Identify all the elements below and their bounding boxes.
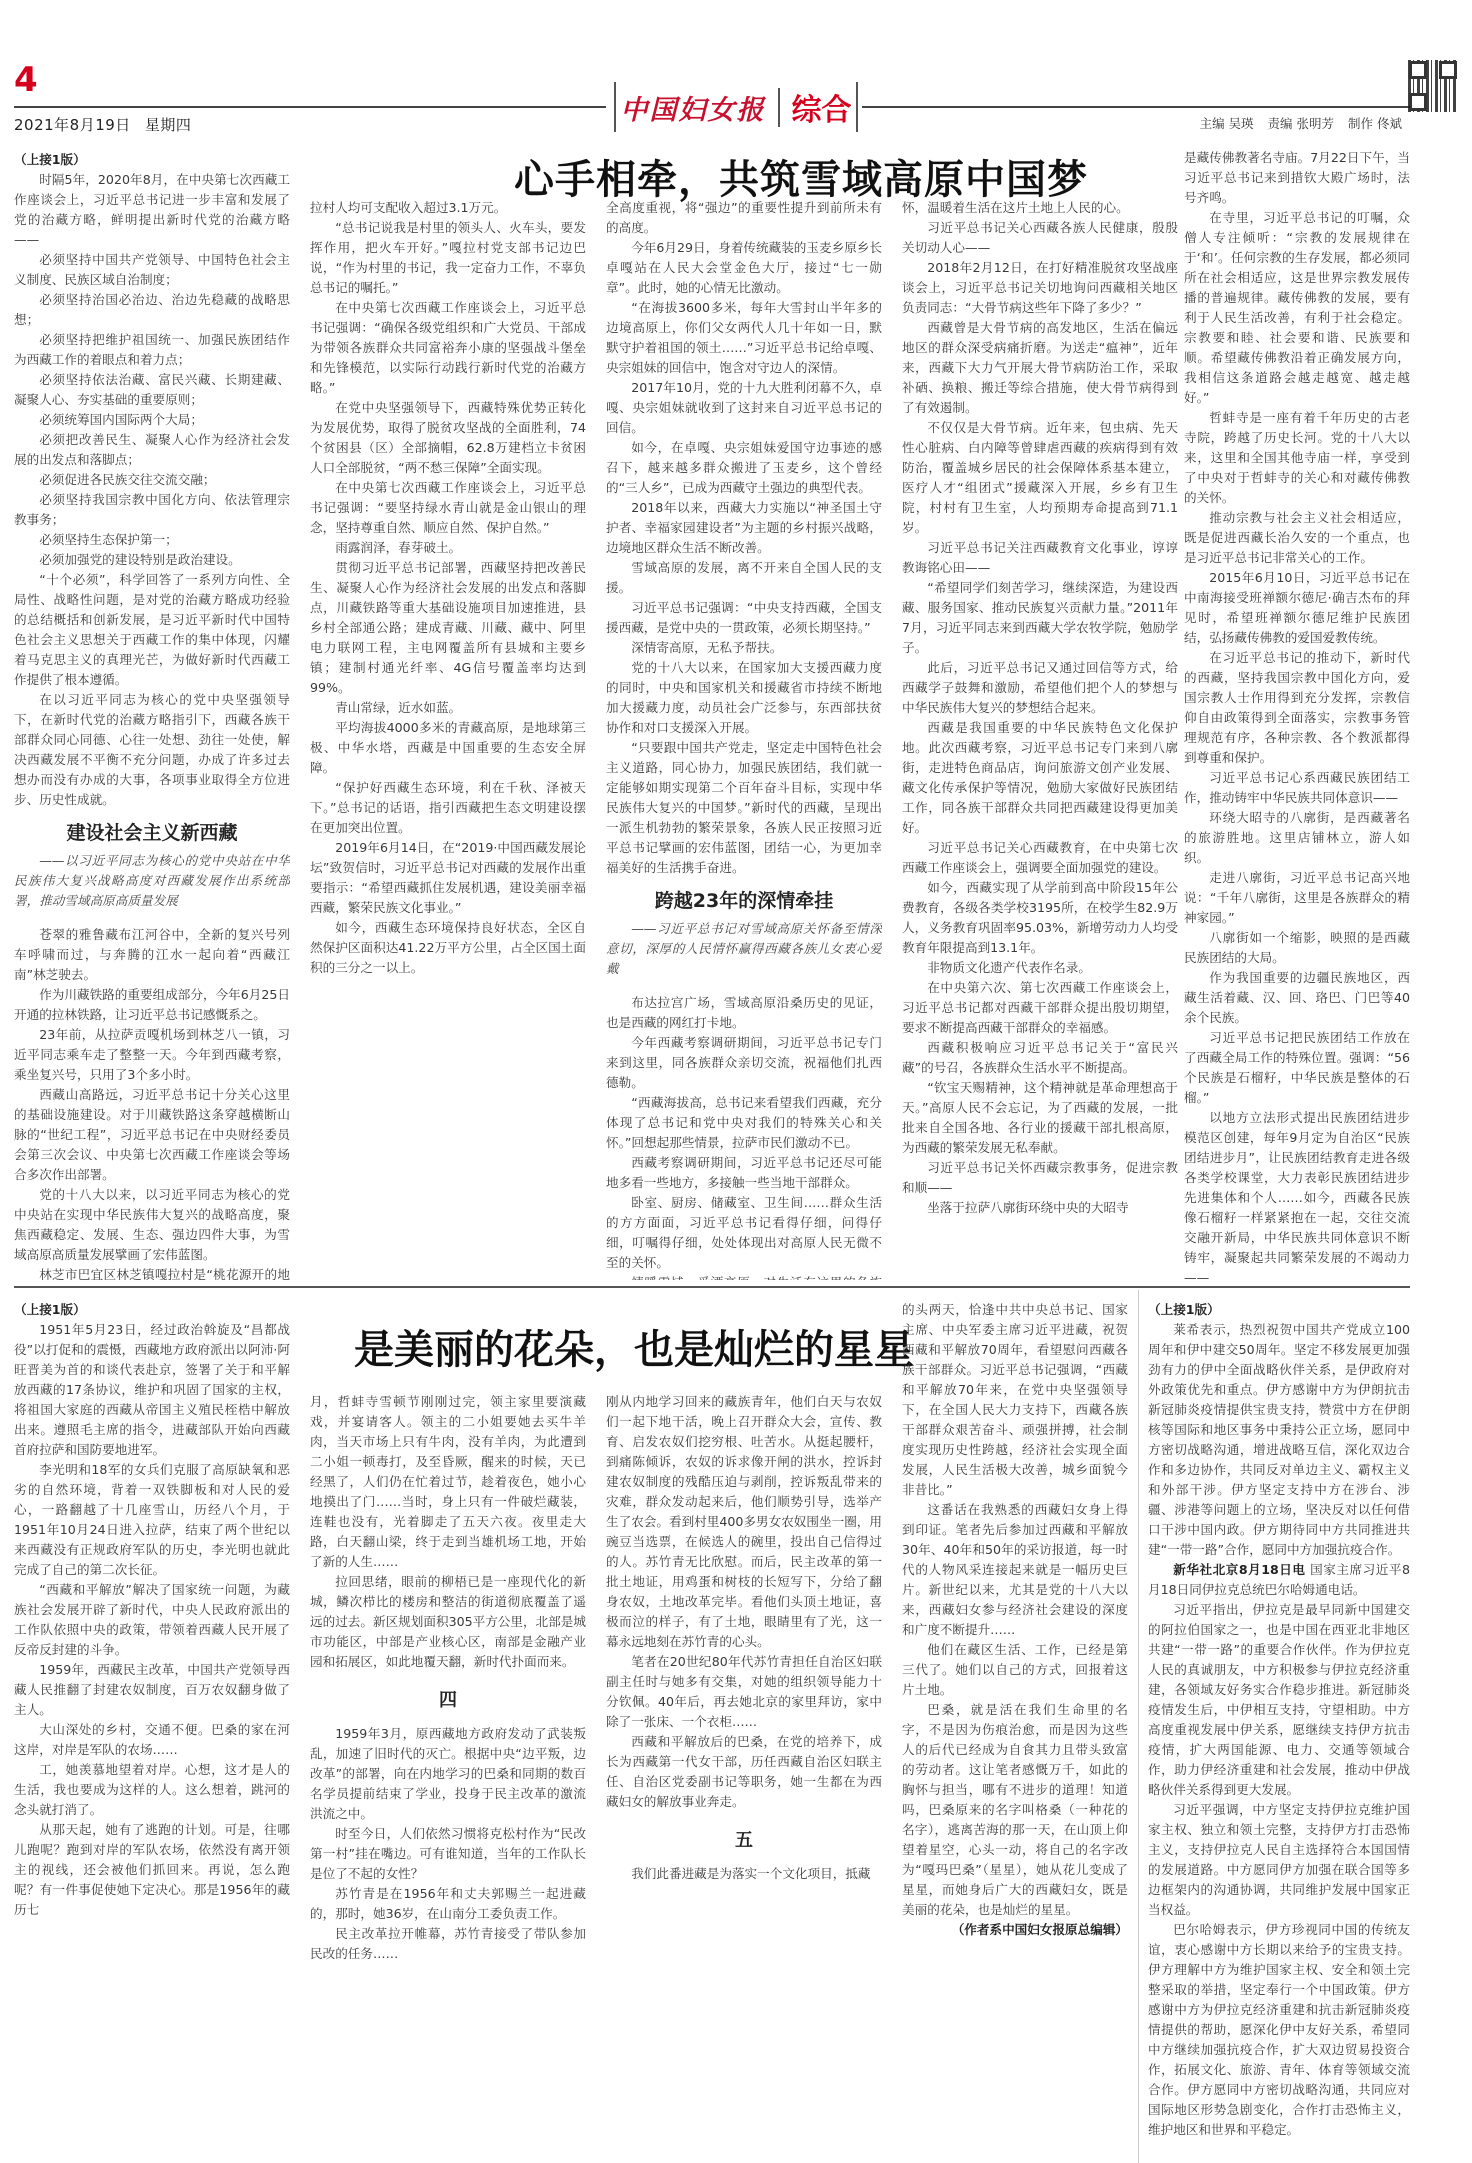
paragraph: 必须加强党的建设特别是政治建设。 xyxy=(14,550,290,570)
paragraph: 莱希表示，热烈祝贺中国共产党成立100周年和伊中建交50周年。坚定不移发展更加强… xyxy=(1148,1320,1410,1560)
credit-production: 制作 佟斌 xyxy=(1348,116,1402,131)
paragraph: 笔者在20世纪80年代苏竹青担任自治区妇联副主任时与她多有交集，对她的组织领导能… xyxy=(606,1652,882,1732)
paragraph: 西藏曾是大骨节病的高发地区，生活在偏远地区的群众深受病痛折磨。为送走“瘟神”，近… xyxy=(902,318,1178,418)
paragraph: 必须促进各民族交往交流交融； xyxy=(14,470,290,490)
subheading: 建设社会主义新西藏 xyxy=(14,818,290,845)
paragraph: 习近平指出，伊拉克是最早同新中国建交的阿拉伯国家之一，也是中国在西亚北非地区共建… xyxy=(1148,1600,1410,1800)
paragraph: 必须坚持依法治藏、富民兴藏、长期建藏、凝聚人心、夯实基础的重要原则； xyxy=(14,370,290,410)
continued-from-label: （上接1版） xyxy=(14,1300,290,1320)
paragraph: 在中央第七次西藏工作座谈会上，习近平总书记强调：“确保各级党组织和广大党员、干部… xyxy=(310,298,586,398)
paragraph: 工，她羡慕地望着对岸。心想，这才是人的生活，我也要成为这样的人。这么想着，跳河的… xyxy=(14,1760,290,1820)
qr-code-icon[interactable] xyxy=(1408,60,1458,112)
subheading-deck: ——以习近平同志为核心的党中央站在中华民族伟大复兴战略高度对西藏发展作出系统部署… xyxy=(14,851,290,911)
paragraph: 习近平总书记关注西藏教育文化事业，谆谆教诲铭心田—— xyxy=(902,538,1178,578)
article1-column-5: 是藏传佛教著名寺庙。7月22日下午，当习近平总书记来到措钦大殿广场时，法号齐鸣。… xyxy=(1184,148,1410,1280)
paragraph: 苍翠的雅鲁藏布江河谷中，全新的复兴号列车呼啸而过，与奔腾的江水一起向着“西藏江南… xyxy=(14,925,290,985)
article2-column-1: （上接1版） 1951年5月23日，经过政治斡旋及“昌都战役”以打促和的震慑，西… xyxy=(14,1300,290,2163)
paragraph: 作为我国重要的边疆民族地区，西藏生活着藏、汉、回、珞巴、门巴等40余个民族。 xyxy=(1184,968,1410,1028)
paragraph: 坐落于拉萨八廓街环绕中央的大昭寺 xyxy=(902,1198,1178,1218)
paragraph: 在中央第七次西藏工作座谈会上，习近平总书记强调：“要坚持绿水青山就是金山银山的理… xyxy=(310,478,586,538)
paragraph: 在中央第六次、第七次西藏工作座谈会上，习近平总书记都对西藏干部群众提出殷切期望，… xyxy=(902,978,1178,1038)
paragraph: 的头两天，恰逢中共中央总书记、国家主席、中央军委主席习近平进藏，祝贺西藏和平解放… xyxy=(902,1300,1128,1500)
article1-column-2: 拉村人均可支配收入超过3.1万元。 “总书记说我是村里的领头人、火车头，要发挥作… xyxy=(310,198,586,1280)
paragraph: “十个必须”，科学回答了一系列方向性、全局性、战略性问题，是对党的治藏方略成功经… xyxy=(14,570,290,690)
editor-credits: 主编 吴瑛 责编 张明芳 制作 佟斌 xyxy=(1190,114,1402,132)
paragraph: 必须坚持我国宗教中国化方向、依法管理宗教事务； xyxy=(14,490,290,530)
article1-column-4: 怀，温暖着生活在这片土地上人民的心。 习近平总书记关心西藏各族人民健康，殷殷关切… xyxy=(902,198,1178,1280)
article1-column-1: （上接1版） 时隔5年，2020年8月，在中央第七次西藏工作座谈会上，习近平总书… xyxy=(14,150,290,1280)
paragraph: 习近平总书记强调：“中央支持西藏，全国支援西藏，是党中央的一贯政策，必须长期坚持… xyxy=(606,598,882,638)
paragraph: “保护好西藏生态环境，利在千秋、泽被天下。”总书记的话语，指引西藏把生态文明建设… xyxy=(310,778,586,838)
paragraph: 如今，西藏生态环境保持良好状态，全区自然保护区面积达41.22万平方公里，占全区… xyxy=(310,918,586,978)
paragraph: 2019年6月14日，在“2019·中国西藏发展论坛”致贺信时，习近平总书记对西… xyxy=(310,838,586,918)
subheading-deck: ——习近平总书记对雪域高原关怀备至情深意切，深厚的人民情怀赢得西藏各族儿女衷心爱… xyxy=(606,919,882,979)
newspaper-brand: 中国妇女报 综合 xyxy=(614,82,858,132)
paragraph: 必须坚持治国必治边、治边先稳藏的战略思想； xyxy=(14,290,290,330)
paragraph: 以地方立法形式提出民族团结进步模范区创建，每年9月定为自治区“民族团结进步月”，… xyxy=(1184,1108,1410,1280)
subheading: 跨越23年的深情牵挂 xyxy=(606,886,882,913)
dateline: 新华社北京8月18日电 xyxy=(1173,1562,1305,1577)
paragraph: 青山常绿，近水如蓝。 xyxy=(310,698,586,718)
paragraph: “西藏海拔高，总书记来看望我们西藏，充分体现了总书记和党中央对我们的特殊关心和关… xyxy=(606,1093,882,1153)
paragraph: 环绕大昭寺的八廓街，是西藏著名的旅游胜地。这里店铺林立，游人如织。 xyxy=(1184,808,1410,868)
paragraph: 他们在藏区生活、工作，已经是第三代了。她们以自己的方式，回报着这片土地。 xyxy=(902,1640,1128,1700)
paragraph: 在寺里，习近平总书记的叮嘱，众僧人专注倾听：“宗教的发展规律在于‘和’。任何宗教… xyxy=(1184,208,1410,408)
continued-from-label: （上接1版） xyxy=(14,150,290,170)
paragraph: 习近平总书记心系西藏民族团结工作，推动铸牢中华民族共同体意识—— xyxy=(1184,768,1410,808)
paragraph: “只要跟中国共产党走，坚定走中国特色社会主义道路，同心协力，加强民族团结，我们就… xyxy=(606,738,882,878)
paragraph: 今年6月29日，身着传统藏装的玉麦乡原乡长卓嘎站在人民大会堂金色大厅，接过“七一… xyxy=(606,238,882,298)
paragraph: 苏竹青是在1956年和丈夫郭赐兰一起进藏的，那时，她36岁，在山南分工委负责工作… xyxy=(310,1884,586,1924)
paragraph: 是藏传佛教著名寺庙。7月22日下午，当习近平总书记来到措钦大殿广场时，法号齐鸣。 xyxy=(1184,148,1410,208)
paragraph: 拉回思绪，眼前的柳梧已是一座现代化的新城，鳞次栉比的楼房和整洁的街道彻底覆盖了遥… xyxy=(310,1572,586,1672)
newspaper-name-logo: 中国妇女报 xyxy=(621,88,780,127)
paragraph: 民主改革拉开帷幕，苏竹青接受了带队参加民改的任务…… xyxy=(310,1924,586,1964)
paragraph: 贯彻习近平总书记部署，西藏坚持把改善民生、凝聚人心作为经济社会发展的出发点和落脚… xyxy=(310,558,586,698)
section-number-four: 四 xyxy=(310,1686,586,1712)
masthead-rule-right xyxy=(862,106,1410,108)
paragraph: 雪域高原的发展，离不开来自全国人民的支援。 xyxy=(606,558,882,598)
paragraph: 林芝市巴宜区林芝镇嘎拉村是“桃花源开的地方”。 xyxy=(14,1265,290,1280)
credit-chief-editor: 主编 吴瑛 xyxy=(1200,116,1254,131)
paragraph: 李光明和18军的女兵们克服了高原缺氧和恶劣的自然环境，背着一双铁脚板和对人民的爱… xyxy=(14,1460,290,1580)
paragraph: 在以习近平同志为核心的党中央坚强领导下，在新时代党的治藏方略指引下，西藏各族干部… xyxy=(14,690,290,810)
paragraph: 必须坚持生态保护第一； xyxy=(14,530,290,550)
paragraph: 我们此番进藏是为落实一个文化项目，抵藏 xyxy=(606,1864,882,1884)
paragraph: 今年西藏考察调研期间，习近平总书记专门来到这里，同各族群众亲切交流，祝福他们扎西… xyxy=(606,1033,882,1093)
paragraph: 平均海拔4000多米的青藏高原，是地球第三极、中华水塔，西藏是中国重要的生态安全… xyxy=(310,718,586,778)
paragraph: 哲蚌寺是一座有着千年历史的古老寺院，跨越了历史长河。党的十八大以来，这里和全国其… xyxy=(1184,408,1410,508)
paragraph: 雨露润泽，春芽破土。 xyxy=(310,538,586,558)
credit-editor: 责编 张明芳 xyxy=(1268,116,1334,131)
paragraph: 2018年以来，西藏大力实施以“神圣国土守护者、幸福家园建设者”为主题的乡村振兴… xyxy=(606,498,882,558)
article1-column-3: 全高度重视，将“强边”的重要性提升到前所未有的高度。 今年6月29日，身着传统藏… xyxy=(606,198,882,1280)
paragraph: 情暖雪域，爱洒高原。对生活在这里的各族儿女，习近平总书记一直牵挂在心，送来深情关 xyxy=(606,1273,882,1280)
paragraph: 走进八廓街，习近平总书记高兴地说：“千年八廓街，这里是各族群众的精神家园。” xyxy=(1184,868,1410,928)
paragraph: 必须坚持中国共产党领导、中国特色社会主义制度、民族区域自治制度； xyxy=(14,250,290,290)
paragraph: 习近平总书记关心西藏各族人民健康，殷殷关切动人心—— xyxy=(902,218,1178,258)
paragraph: 必须把改善民生、凝聚人心作为经济社会发展的出发点和落脚点； xyxy=(14,430,290,470)
paragraph: 23年前，从拉萨贡嘎机场到林芝八一镇，习近平同志乘车走了整整一天。今年到西藏考察… xyxy=(14,1025,290,1085)
paragraph: 党的十八大以来，以习近平同志为核心的党中央站在实现中华民族伟大复兴的战略高度，聚… xyxy=(14,1185,290,1265)
paragraph: 推动宗教与社会主义社会相适应，既是促进西藏长治久安的一个重点，也是习近平总书记非… xyxy=(1184,508,1410,568)
paragraph: “希望同学们刻苦学习，继续深造，为建设西藏、服务国家、推动民族复兴贡献力量。”2… xyxy=(902,578,1178,658)
article2-column-2: 月，哲蚌寺雪顿节刚刚过完，领主家里要演藏戏，并宴请客人。领主的二小姐要她去买牛羊… xyxy=(310,1392,586,2163)
section-name: 综合 xyxy=(780,85,852,129)
paragraph: 这番话在我熟悉的西藏妇女身上得到印证。笔者先后参加过西藏和平解放30年、40年和… xyxy=(902,1500,1128,1640)
paragraph: 全高度重视，将“强边”的重要性提升到前所未有的高度。 xyxy=(606,198,882,238)
weekday-text: 星期四 xyxy=(145,116,192,134)
paragraph: 西藏考察调研期间，习近平总书记还尽可能地多看一些地方，多接触一些当地干部群众。 xyxy=(606,1153,882,1193)
paragraph: 刚从内地学习回来的藏族青年，他们白天与农奴们一起下地干活，晚上召开群众大会，宣传… xyxy=(606,1392,882,1652)
paragraph: 必须坚持把维护祖国统一、加强民族团结作为西藏工作的着眼点和着力点； xyxy=(14,330,290,370)
paragraph: 如今，西藏实现了从学前到高中阶段15年公费教育，各级各类学校3195所，在校学生… xyxy=(902,878,1178,958)
paragraph: 必须统筹国内国际两个大局； xyxy=(14,410,290,430)
article2-headline: 是美丽的花朵，也是灿烂的星星 xyxy=(314,1318,954,1375)
paragraph: 2018年2月12日，在打好精准脱贫攻坚战座谈会上，习近平总书记关切地询问西藏相… xyxy=(902,258,1178,318)
paragraph: 在习近平总书记的推动下，新时代的西藏，坚持我国宗教中国化方向，爱国宗教人士作用得… xyxy=(1184,648,1410,768)
newspaper-page: 4 2021年8月19日星期四 中国妇女报 综合 主编 吴瑛 责编 张明芳 制作… xyxy=(14,0,1458,2163)
paragraph: 此后，习近平总书记又通过回信等方式，给西藏学子鼓舞和激励，希望他们把个人的梦想与… xyxy=(902,658,1178,718)
paragraph: 从那天起，她有了逃跑的计划。可是，往哪儿跑呢？跑到对岸的军队农场，依然没有离开领… xyxy=(14,1820,290,1920)
paragraph: 月，哲蚌寺雪顿节刚刚过完，领主家里要演藏戏，并宴请客人。领主的二小姐要她去买牛羊… xyxy=(310,1392,586,1572)
paragraph: 西藏是我国重要的中华民族特色文化保护地。此次西藏考察，习近平总书记专门来到八廓街… xyxy=(902,718,1178,838)
paragraph: 西藏和平解放后的巴桑，在党的培养下，成长为西藏第一代女干部，历任西藏自治区妇联主… xyxy=(606,1732,882,1812)
paragraph: 拉村人均可支配收入超过3.1万元。 xyxy=(310,198,586,218)
article2-column-3: 刚从内地学习回来的藏族青年，他们白天与农奴们一起下地干活，晚上召开群众大会，宣传… xyxy=(606,1392,882,2163)
column-divider xyxy=(1138,1290,1139,2163)
masthead: 4 2021年8月19日星期四 中国妇女报 综合 主编 吴瑛 责编 张明芳 制作… xyxy=(14,60,1458,130)
paragraph: 不仅仅是大骨节病。近年来，包虫病、先天性心脏病、白内障等曾肆虐西藏的疾病得到有效… xyxy=(902,418,1178,538)
article2-column-4: 的头两天，恰逢中共中央总书记、国家主席、中央军委主席习近平进藏，祝贺西藏和平解放… xyxy=(902,1300,1128,2163)
paragraph: 在党中央坚强领导下，西藏特殊优势正转化为发展优势，取得了脱贫攻坚战的全面胜利，7… xyxy=(310,398,586,478)
paragraph: 1959年，西藏民主改革，中国共产党领导西藏人民推翻了封建农奴制度，百万农奴翻身… xyxy=(14,1660,290,1720)
masthead-rule-left xyxy=(14,106,606,108)
continued-from-label: （上接1版） xyxy=(1148,1300,1410,1320)
page-number: 4 xyxy=(14,60,38,100)
paragraph: 西藏山高路远，习近平总书记十分关心这里的基础设施建设。对于川藏铁路这条穿越横断山… xyxy=(14,1085,290,1185)
article2-byline: （作者系中国妇女报原总编辑） xyxy=(902,1920,1128,1940)
section-divider xyxy=(14,1286,1410,1288)
paragraph: 布达拉宫广场，雪域高原沿桑历史的见证，也是西藏的网红打卡地。 xyxy=(606,993,882,1033)
paragraph: 时至今日，人们依然习惯将克松村作为“民改第一村”挂在嘴边。可有谁知道，当年的工作… xyxy=(310,1824,586,1884)
paragraph: 巴桑，就是活在我们生命里的名字，不是因为伤痕治愈，而是因为这些人的后代已经成为自… xyxy=(902,1700,1128,1920)
paragraph: 深情寄高原，无私予帮扶。 xyxy=(606,638,882,658)
paragraph: 非物质文化遗产代表作名录。 xyxy=(902,958,1178,978)
issue-date: 2021年8月19日星期四 xyxy=(14,114,205,135)
paragraph: 习近平总书记关心西藏教育，在中央第七次西藏工作座谈会上，强调要全面加强党的建设。 xyxy=(902,838,1178,878)
date-text: 2021年8月19日 xyxy=(14,116,131,134)
paragraph: 时隔5年，2020年8月，在中央第七次西藏工作座谈会上，习近平总书记进一步丰富和… xyxy=(14,170,290,250)
paragraph: 大山深处的乡村，交通不便。巴桑的家在河这岸，对岸是军队的农场…… xyxy=(14,1720,290,1760)
paragraph: 习近平强调，中方坚定支持伊拉克维护国家主权、独立和领土完整，支持伊方打击恐怖主义… xyxy=(1148,1800,1410,1920)
paragraph: 西藏积极响应习近平总书记关于“富民兴藏”的号召，各族群众生活水平不断提高。 xyxy=(902,1038,1178,1078)
paragraph: 作为川藏铁路的重要组成部分，今年6月25日开通的拉林铁路，让习近平总书记感慨系之… xyxy=(14,985,290,1025)
news-lead-paragraph: 新华社北京8月18日电 国家主席习近平8月18日同伊拉克总统巴尔哈姆通电话。 xyxy=(1148,1560,1410,1600)
paragraph: “总书记说我是村里的领头人、火车头，要发挥作用，把火车开好。”嘎拉村党支部书记边… xyxy=(310,218,586,298)
paragraph: “西藏和平解放”解决了国家统一问题，为藏族社会发展开辟了新时代，中央人民政府派出… xyxy=(14,1580,290,1660)
paragraph: 怀，温暖着生活在这片土地上人民的心。 xyxy=(902,198,1178,218)
paragraph: 卧室、厨房、储藏室、卫生间……群众生活的方方面面，习近平总书记看得仔细，问得仔细… xyxy=(606,1193,882,1273)
section-number-five: 五 xyxy=(606,1826,882,1852)
paragraph: 1951年5月23日，经过政治斡旋及“昌都战役”以打促和的震慑，西藏地方政府派出… xyxy=(14,1320,290,1460)
paragraph: 习近平总书记把民族团结工作放在了西藏全局工作的特殊位置。强调：“56个民族是石榴… xyxy=(1184,1028,1410,1108)
paragraph: “在海拔3600多米，每年大雪封山半年多的边境高原上，你们父女两代人几十年如一日… xyxy=(606,298,882,378)
paragraph: 八廓街如一个缩影，映照的是西藏民族团结的大局。 xyxy=(1184,928,1410,968)
paragraph: 党的十八大以来，在国家加大支援西藏力度的同时，中央和国家机关和援藏省市持续不断地… xyxy=(606,658,882,738)
paragraph: “钦宝天赐精神，这个精神就是革命理想高于天。”高原人民不会忘记，为了西藏的发展，… xyxy=(902,1078,1178,1158)
paragraph: 巴尔哈姆表示，伊方珍视同中国的传统友谊，衷心感谢中方长期以来给予的宝贵支持。伊方… xyxy=(1148,1920,1410,2140)
paragraph: 如今，在卓嘎、央宗姐妹爱国守边事迹的感召下，越来越多群众搬进了玉麦乡，这个曾经的… xyxy=(606,438,882,498)
paragraph: 2015年6月10日，习近平总书记在中南海接受班禅额尔德尼·确吉杰布的拜见时，希… xyxy=(1184,568,1410,648)
paragraph: 1959年3月，原西藏地方政府发动了武装叛乱，加速了旧时代的灭亡。根据中央“边平… xyxy=(310,1724,586,1824)
article3-column: （上接1版） 莱希表示，热烈祝贺中国共产党成立100周年和伊中建交50周年。坚定… xyxy=(1148,1300,1410,2163)
paragraph: 习近平总书记关怀西藏宗教事务，促进宗教和顺—— xyxy=(902,1158,1178,1198)
paragraph: 2017年10月，党的十九大胜利闭幕不久，卓嘎、央宗姐妹就收到了这封来自习近平总… xyxy=(606,378,882,438)
